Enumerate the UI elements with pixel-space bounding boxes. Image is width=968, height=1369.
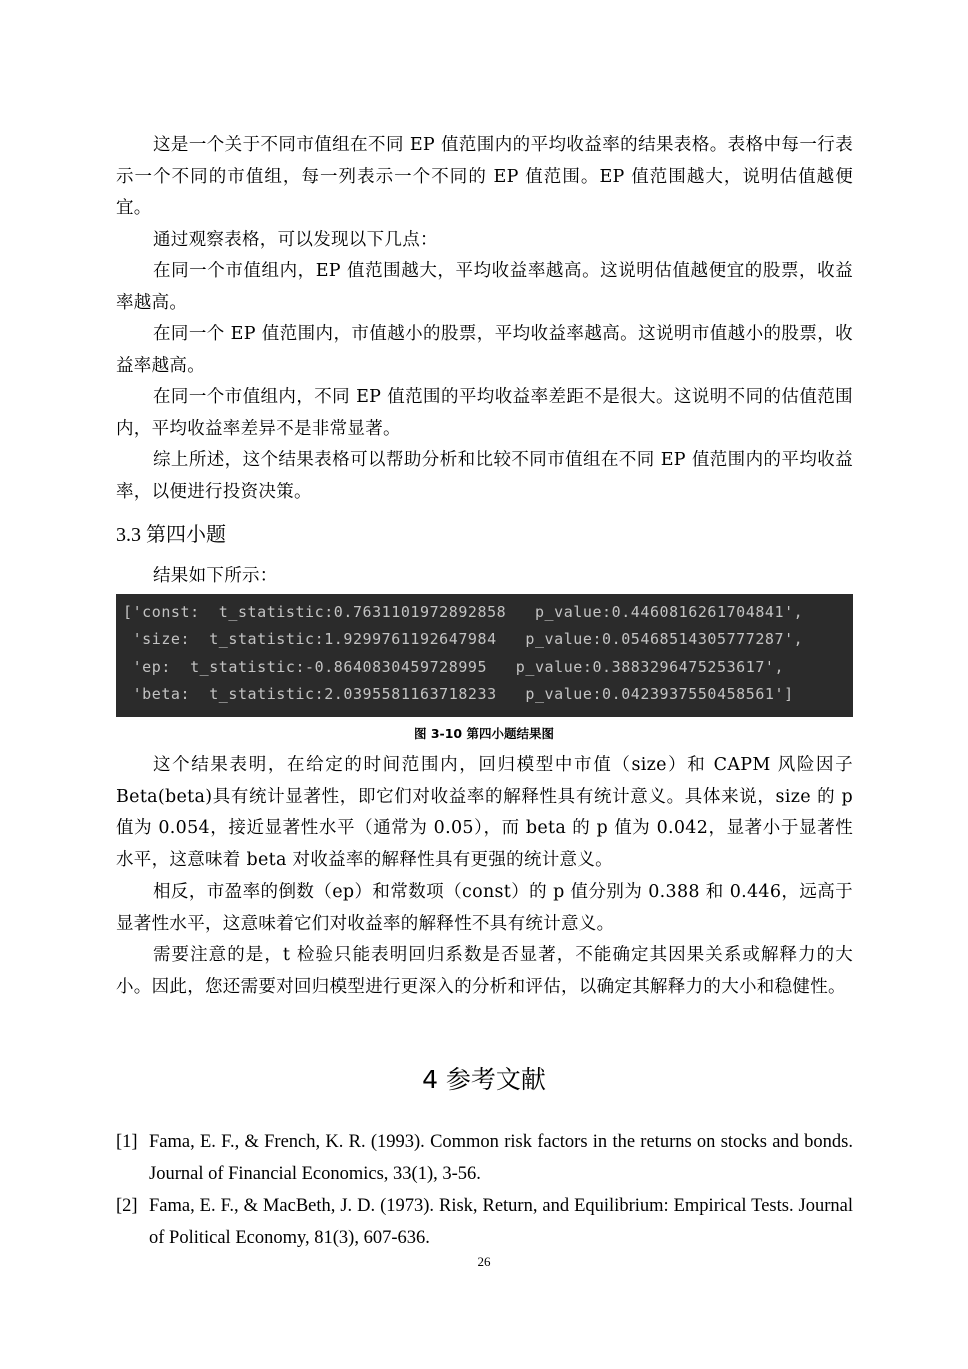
paragraph-observations-intro: 通过观察表格，可以发现以下几点： [116, 225, 853, 257]
paragraph-table-description: 这是一个关于不同市值组在不同 EP 值范围内的平均收益率的结果表格。表格中每一行… [116, 130, 853, 225]
paragraph-insignificant-factors: 相反，市盈率的倒数（ep）和常数项（const）的 p 值分别为 0.388 和… [116, 877, 853, 940]
code-line: 'ep: t_statistic:-0.8640830459728995 p_v… [123, 654, 853, 681]
reference-number: [1] [116, 1126, 138, 1158]
paragraph-result-interpretation: 这个结果表明，在给定的时间范围内，回归模型中市值（size）和 CAPM 风险因… [116, 750, 853, 876]
figure-caption: 图 3-10 第四小题结果图 [0, 724, 968, 744]
paragraph-observation-3: 在同一个市值组内，不同 EP 值范围的平均收益率差距不是很大。这说明不同的估值范… [116, 382, 853, 445]
paragraph-observation-2: 在同一个 EP 值范围内，市值越小的股票，平均收益率越高。这说明市值越小的股票，… [116, 319, 853, 382]
paragraph-caveat: 需要注意的是，t 检验只能表明回归系数是否显著，不能确定其因果关系或解释力的大小… [116, 940, 853, 1003]
reference-item: [1] Fama, E. F., & French, K. R. (1993).… [116, 1126, 853, 1190]
reference-text: Fama, E. F., & MacBeth, J. D. (1973). Ri… [149, 1196, 853, 1248]
code-line: 'size: t_statistic:1.9299761192647984 p_… [123, 626, 853, 653]
section-heading: 3.3 第四小题 [116, 520, 226, 550]
page-number: 26 [0, 1254, 968, 1270]
paragraph-observation-1: 在同一个市值组内，EP 值范围越大，平均收益率越高。这说明估值越便宜的股票，收益… [116, 256, 853, 319]
paragraph-summary: 综上所述，这个结果表格可以帮助分析和比较不同市值组在不同 EP 值范围内的平均收… [116, 445, 853, 508]
reference-number: [2] [116, 1190, 138, 1222]
code-line: ['const: t_statistic:0.7631101972892858 … [123, 599, 853, 626]
references-heading: 4 参考文献 [0, 1060, 968, 1100]
reference-text: Fama, E. F., & French, K. R. (1993). Com… [149, 1132, 853, 1184]
code-output-block: ['const: t_statistic:0.7631101972892858 … [116, 594, 853, 717]
code-line: 'beta: t_statistic:2.0395581163718233 p_… [123, 681, 853, 708]
document-page: 这是一个关于不同市值组在不同 EP 值范围内的平均收益率的结果表格。表格中每一行… [0, 0, 968, 1369]
section-intro: 结果如下所示： [116, 561, 853, 593]
reference-item: [2] Fama, E. F., & MacBeth, J. D. (1973)… [116, 1190, 853, 1254]
